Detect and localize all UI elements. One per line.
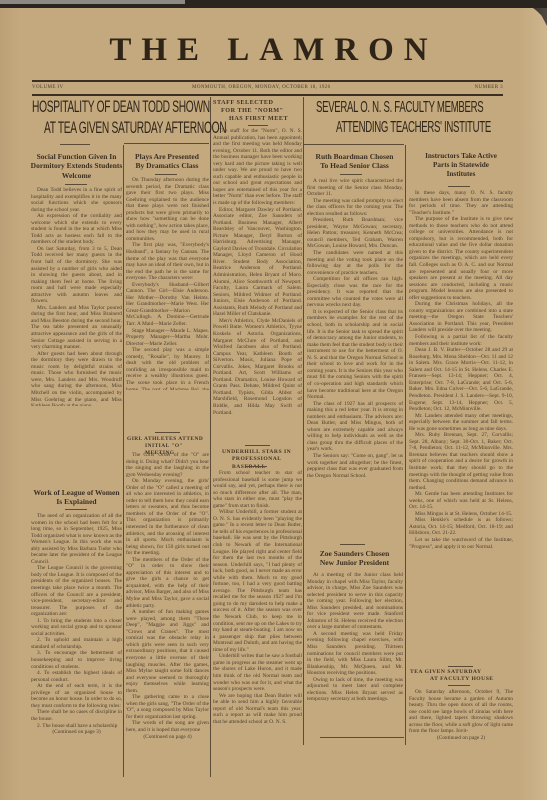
banner-left-line1: HOSPITALITY OF DEAN TODD SHOWN <box>32 97 210 117</box>
divider <box>448 186 470 187</box>
divider <box>65 509 87 510</box>
divider <box>448 666 473 667</box>
continued-note: (Continued on page 4) <box>126 734 209 741</box>
headline-line: STAFF SELECTED <box>213 99 303 107</box>
paragraph: From school teacher to star of professio… <box>213 470 302 509</box>
paragraph: The gathering came to a close when the g… <box>126 694 209 720</box>
paragraph: Owing to lack of time, the meeting was a… <box>307 677 403 703</box>
headline-line: FOR THE "NORM" <box>213 107 303 115</box>
column-rule-4 <box>405 145 406 745</box>
column-rule-1 <box>123 145 124 777</box>
divider <box>155 432 180 433</box>
article-ruth-boardman: A real live wire spirit characterized th… <box>307 178 403 496</box>
continued-note: (Continued on page 2) <box>409 735 513 742</box>
paragraph: Everybody's Husband—Gilbert Cannon. The … <box>126 282 209 328</box>
divider <box>448 685 470 686</box>
paragraph: A real live wire spirit characterized th… <box>307 178 403 198</box>
paragraph: At the end of each term, it is the privi… <box>31 683 122 709</box>
divider <box>65 184 87 185</box>
paragraph: Following is a partial list of the facul… <box>409 334 513 347</box>
article-instructors: In these days, many O. N. S. faculty mem… <box>409 190 513 652</box>
article-zoe-saunders: At a meeting of the Junior class held Mo… <box>307 572 403 740</box>
paragraph: After guests had been about through the … <box>31 351 122 406</box>
paragraph: The Seniors say: "Come on, gang", let us… <box>307 453 403 479</box>
article-plays: On Thursday afternoon during the seventh… <box>126 177 209 390</box>
paragraph: We are hoping that Dean Butler will be a… <box>213 693 302 726</box>
paragraph: 2. To uphold and maintain a high standar… <box>31 637 122 650</box>
paragraph: The words of the song are given here, an… <box>126 720 209 733</box>
scan-top-edge <box>0 0 547 8</box>
paragraph: Miss Henkle's schedule is as follows: As… <box>409 517 513 537</box>
headline-line: GIRL ATHLETES ATTEND <box>127 436 211 443</box>
divider <box>340 544 365 545</box>
paragraph: The first play was, "Everybody's Husband… <box>126 242 209 281</box>
article-underhill: From school teacher to star of professio… <box>213 470 302 760</box>
paragraph: Wilbur Underhill, a former student at O.… <box>213 509 302 653</box>
headline-line: Plays Are Presented <box>125 152 209 161</box>
divider <box>124 143 209 144</box>
headline-line: Ruth Boardman Chosen <box>305 152 404 161</box>
headline-tea-faculty: TEA GIVEN SATURDAY AT FACULTY HOUSE <box>410 669 514 684</box>
article-league-of-women: The need of an organization of all the w… <box>31 513 122 767</box>
paragraph: Dean Todd believes in a fine spirit of h… <box>31 187 122 213</box>
paragraph: 1. To bring the students into a closer w… <box>31 618 122 638</box>
article-tea-faculty: On Saturday afternoon, October 9, The Fa… <box>409 689 513 753</box>
headline-staff-selected: STAFF SELECTED FOR THE "NORM" HAS FIRST … <box>213 99 303 123</box>
divider <box>340 174 362 175</box>
headline-underhill: UNDERHILL STARS IN PROFESSIONAL BASEBALL <box>222 449 306 471</box>
issue-number: NUMBER 3 <box>475 85 503 90</box>
headline-line: PROFESSIONAL BASEBALL <box>222 456 306 471</box>
paragraph: The Girls' Order of the "O" are doing it… <box>126 452 209 478</box>
paragraph: The candidates were named at this meetin… <box>307 250 403 276</box>
paragraph: The second play was a simple comedy, "Ro… <box>126 347 209 390</box>
continued-note: (Continued on page 3) <box>31 729 122 736</box>
divider <box>320 737 404 738</box>
headline-line: New Junior President <box>305 558 404 567</box>
headline-line: TEA GIVEN SATURDAY <box>410 669 514 676</box>
paragraph: The League Council is the governing body… <box>31 565 122 617</box>
paragraph: The meeting was called promptly to elect… <box>307 198 403 218</box>
masthead-rule-top <box>32 80 503 82</box>
divider <box>60 144 90 145</box>
headline-line: UNDERHILL STARS IN <box>222 449 306 456</box>
article-staff-selected: The staff for the "Norm", O. N. S. Annua… <box>213 128 302 430</box>
article-girl-athletes: The Girls' Order of the "O" are doing it… <box>126 452 209 752</box>
dateline-text: MONMOUTH, OREGON, MONDAY, OCTOBER 18, 19… <box>192 85 331 90</box>
paragraph: Mr. Gentle has been attending Institutes… <box>409 491 513 511</box>
paragraph: The purpose of the Institute is to give … <box>409 216 513 301</box>
headline-line: HAS FIRST MEET <box>213 115 303 123</box>
headline-line: To Head Senior Class <box>305 161 404 170</box>
headline-line: Instructors Take Active <box>407 152 515 161</box>
paragraph: In these days, many O. N. S. faculty mem… <box>409 190 513 216</box>
newspaper-masthead: THE LAMRON <box>0 32 547 69</box>
paragraph: Mrs. Ruby Brennan, Sept. 27, Corvallis; … <box>409 432 513 491</box>
banner-right-line1: SEVERAL O. N. S. FACULTY MEMBERS <box>316 99 483 117</box>
paragraph: An expression of the cordiality and welc… <box>31 213 122 246</box>
paragraph: A number of fun making games were played… <box>126 609 209 694</box>
scan-edge-highlight <box>0 0 185 4</box>
divider <box>245 445 270 446</box>
paragraph: There shall be no cases of discipline in… <box>31 709 122 722</box>
headline-line: Zoe Saunders Chosen <box>305 549 404 558</box>
volume-label: VOLUME IV <box>32 85 64 90</box>
headline-line: AT FACULTY HOUSE <box>410 676 514 683</box>
paragraph: 4. To establish the highest ideals of pe… <box>31 670 122 683</box>
article-social-function: Dean Todd believes in a fine spirit of h… <box>31 187 122 406</box>
paragraph: Editor, Margaret Dawley of Portland. Ass… <box>213 207 302 318</box>
paragraph: Underhill writes that he saw a football … <box>213 653 302 692</box>
headline-instructors: Instructors Take Active Parts in Statewi… <box>407 152 515 179</box>
paragraph: A second meeting was held Friday evening… <box>307 631 403 677</box>
paragraph: On Monday evening, the girls' Order of t… <box>126 478 209 557</box>
divider <box>304 144 404 145</box>
headline-line: Parts in Statewide <box>407 161 515 170</box>
headline-zoe-saunders: Zoe Saunders Chosen New Junior President <box>305 549 404 568</box>
paragraph: Stage Manager—Maude L. Mapes. Property M… <box>126 328 209 348</box>
headline-ruth-boardman: Ruth Boardman Chosen To Head Senior Clas… <box>305 152 404 171</box>
paragraph: On last Saturday, from 3 to 5, Dean Todd… <box>31 246 122 305</box>
paragraph: 3. To encourage the betterment of housek… <box>31 650 122 670</box>
divider <box>245 466 267 467</box>
headline-plays: Plays Are Presented By Dramatics Class <box>125 152 209 171</box>
paragraph: On Thursday afternoon during the seventh… <box>126 177 209 242</box>
headline-line: Institutes <box>407 170 515 179</box>
paragraph: Mrs. Landers and Miss Taylor poured duri… <box>31 305 122 351</box>
paragraph: President, Ruth Boardman; vice president… <box>307 217 403 250</box>
torn-corner <box>529 0 547 26</box>
dateline-bar: VOLUME IV MONMOUTH, OREGON, MONDAY, OCTO… <box>32 83 503 93</box>
paragraph: Competition for all offices ran high. Es… <box>307 276 403 309</box>
paragraph: Let us take the watchword of the Institu… <box>409 537 513 550</box>
banner-left-line2: AT TEA GIVEN SATURDAY AFTERNOON <box>44 118 226 138</box>
headline-line: By Dramatics Class <box>125 161 209 170</box>
divider <box>248 125 268 126</box>
masthead-rule-bottom <box>32 94 503 96</box>
paragraph: The need of an organization of all the w… <box>31 513 122 565</box>
paragraph: On Saturday afternoon, October 9, The Fa… <box>409 689 513 735</box>
headline-social-function: Social Function Given In Dormitory Exten… <box>30 152 123 180</box>
paragraph: At a meeting of the Junior class held Mo… <box>307 572 403 631</box>
divider <box>155 174 177 175</box>
banner-right-line2: ATTENDING TEACHERS' INSTITUTE <box>336 119 491 137</box>
paragraph: The class of 1927 has all prospects of m… <box>307 401 403 453</box>
column-rule-3 <box>303 97 304 745</box>
headline-league-of-women: Work of League of Women Is Explained <box>30 488 123 507</box>
paragraph: Dean J. B. V. Butler—October 28 and 29 a… <box>409 347 513 412</box>
paragraph: Mr. Landers attended many other meetings… <box>409 413 513 433</box>
paragraph: Men's Athletics, Clyde McDaniels of Powe… <box>213 318 302 416</box>
paragraph: During the Christmas holidays, all the c… <box>409 301 513 334</box>
paragraph: The members of the Order of the "O" in o… <box>126 557 209 609</box>
paragraph: It is expected of the Senior class that … <box>307 309 403 401</box>
paragraph: The staff for the "Norm", O. N. S. Annua… <box>213 128 302 207</box>
